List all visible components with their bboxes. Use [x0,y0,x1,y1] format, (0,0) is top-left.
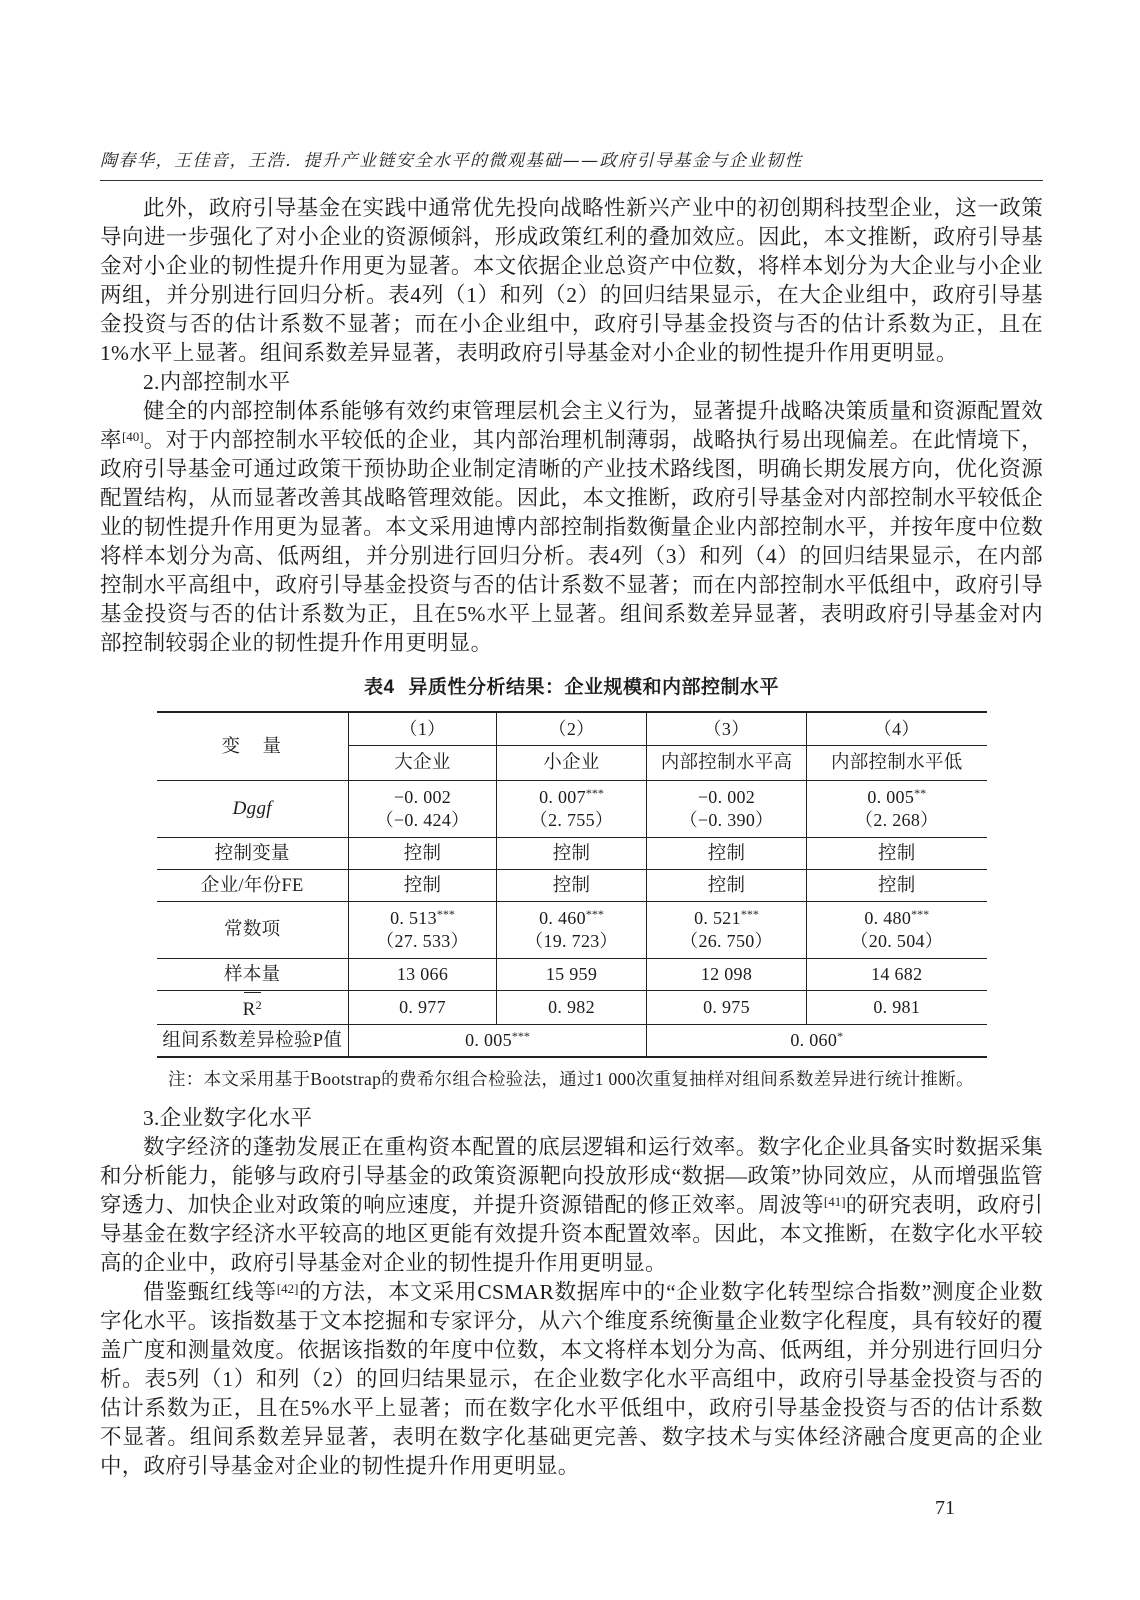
table-cell: 控制 [807,838,987,870]
header-cell-large-firms: 大企业 [349,746,497,781]
row-label-dggf: Dggf [157,781,349,838]
table-row-r-squared: R2 0. 977 0. 982 0. 975 0. 981 [157,991,987,1025]
header-cell-high-ic: 内部控制水平高 [647,746,807,781]
table-cell: 0. 975 [647,991,807,1025]
table-cell: 0. 007***（2. 755） [497,781,647,838]
spacer [100,1091,1043,1104]
table-cell: 控制 [349,838,497,870]
header-cell-col3: （3） [647,712,807,746]
paragraph-segment: 的方法，本文采用CSMAR数据库中的“企业数字化转型综合指数”测度企业数字化水平… [100,1280,1043,1478]
table-cell: −0. 002（−0. 424） [349,781,497,838]
header-cell-low-ic: 内部控制水平低 [807,746,987,781]
table-cell: 0. 982 [497,991,647,1025]
header-cell-small-firms: 小企业 [497,746,647,781]
subheading-internal-control: 2.内部控制水平 [100,368,1043,397]
citation-ref-40: [40] [122,429,144,444]
table-cell: 0. 977 [349,991,497,1025]
table-4: 变 量 （1） （2） （3） （4） 大企业 小企业 内部控制水平高 内部控制… [157,711,987,1058]
paper-page: 陶春华，王佳音，王浩．提升产业链安全水平的微观基础——政府引导基金与企业韧性 此… [0,0,1140,1600]
table-row-sample-size: 样本量 13 066 15 959 12 098 14 682 [157,959,987,991]
row-label-controls: 控制变量 [157,838,349,870]
page-number: 71 [100,1497,1043,1520]
table-4-caption: 表4异质性分析结果：企业规模和内部控制水平 [100,673,1043,702]
table-cell: 0. 460***（19. 723） [497,902,647,959]
table-4-caption-label: 表4 [364,677,395,698]
table-row-header-numbers: 变 量 （1） （2） （3） （4） [157,712,987,746]
row-label-constant: 常数项 [157,902,349,959]
header-cell-col2: （2） [497,712,647,746]
table-cell: 控制 [497,838,647,870]
body-text: 此外，政府引导基金在实践中通常优先投向战略性新兴产业中的初创期科技型企业，这一政… [100,194,1043,1481]
table-4-note: 注：本文采用基于Bootstrap的费希尔组合检验法，通过1 000次重复抽样对… [100,1067,1043,1091]
citation-ref-42: [42] [277,1281,299,1296]
table-cell: 控制 [647,870,807,902]
table-cell: 0. 005**（2. 268） [807,781,987,838]
table-row-dggf: Dggf −0. 002（−0. 424） 0. 007***（2. 755） … [157,781,987,838]
header-cell-col1: （1） [349,712,497,746]
table-cell: 14 682 [807,959,987,991]
paragraph-segment: 借鉴甄红线等 [143,1280,277,1304]
table-row-fixed-effects: 企业/年份FE 控制 控制 控制 控制 [157,870,987,902]
table-row-p-value: 组间系数差异检验P值 0. 005*** 0. 060* [157,1025,987,1058]
table-row-constant: 常数项 0. 513***（27. 533） 0. 460***（19. 723… [157,902,987,959]
row-label-p-value: 组间系数差异检验P值 [157,1025,349,1058]
paragraph-firm-size: 此外，政府引导基金在实践中通常优先投向战略性新兴产业中的初创期科技型企业，这一政… [100,194,1043,368]
table-cell: −0. 002（−0. 390） [647,781,807,838]
citation-ref-41: [41] [824,1194,846,1209]
table-cell: 12 098 [647,959,807,991]
running-header: 陶春华，王佳音，王浩．提升产业链安全水平的微观基础——政府引导基金与企业韧性 [100,146,1043,181]
table-cell: 13 066 [349,959,497,991]
table-cell: 0. 521***（26. 750） [647,902,807,959]
table-cell: 0. 513***（27. 533） [349,902,497,959]
table-cell-p-left: 0. 005*** [349,1025,647,1058]
table-cell: 15 959 [497,959,647,991]
table-cell: 控制 [497,870,647,902]
paragraph-digitalization-1: 数字经济的蓬勃发展正在重构资本配置的底层逻辑和运行效率。数字化企业具备实时数据采… [100,1133,1043,1278]
paragraph-segment: 。对于内部控制水平较低的企业，其内部治理机制薄弱，战略执行易出现偏差。在此情境下… [100,428,1043,655]
header-cell-col4: （4） [807,712,987,746]
table-cell: 控制 [647,838,807,870]
paragraph-internal-control: 健全的内部控制体系能够有效约束管理层机会主义行为，显著提升战略决策质量和资源配置… [100,397,1043,658]
table-cell: 0. 480***（20. 504） [807,902,987,959]
table-cell: 控制 [349,870,497,902]
table-4-caption-text: 异质性分析结果：企业规模和内部控制水平 [409,677,780,698]
subheading-digitalization: 3.企业数字化水平 [100,1104,1043,1133]
table-cell: 0. 981 [807,991,987,1025]
table-cell-p-right: 0. 060* [647,1025,987,1058]
table-cell: 控制 [807,870,987,902]
header-cell-variable: 变 量 [157,712,349,781]
table-row-controls: 控制变量 控制 控制 控制 控制 [157,838,987,870]
row-label-r-squared: R2 [157,991,349,1025]
paragraph-digitalization-2: 借鉴甄红线等[42]的方法，本文采用CSMAR数据库中的“企业数字化转型综合指数… [100,1278,1043,1481]
row-label-sample-size: 样本量 [157,959,349,991]
row-label-fixed-effects: 企业/年份FE [157,870,349,902]
